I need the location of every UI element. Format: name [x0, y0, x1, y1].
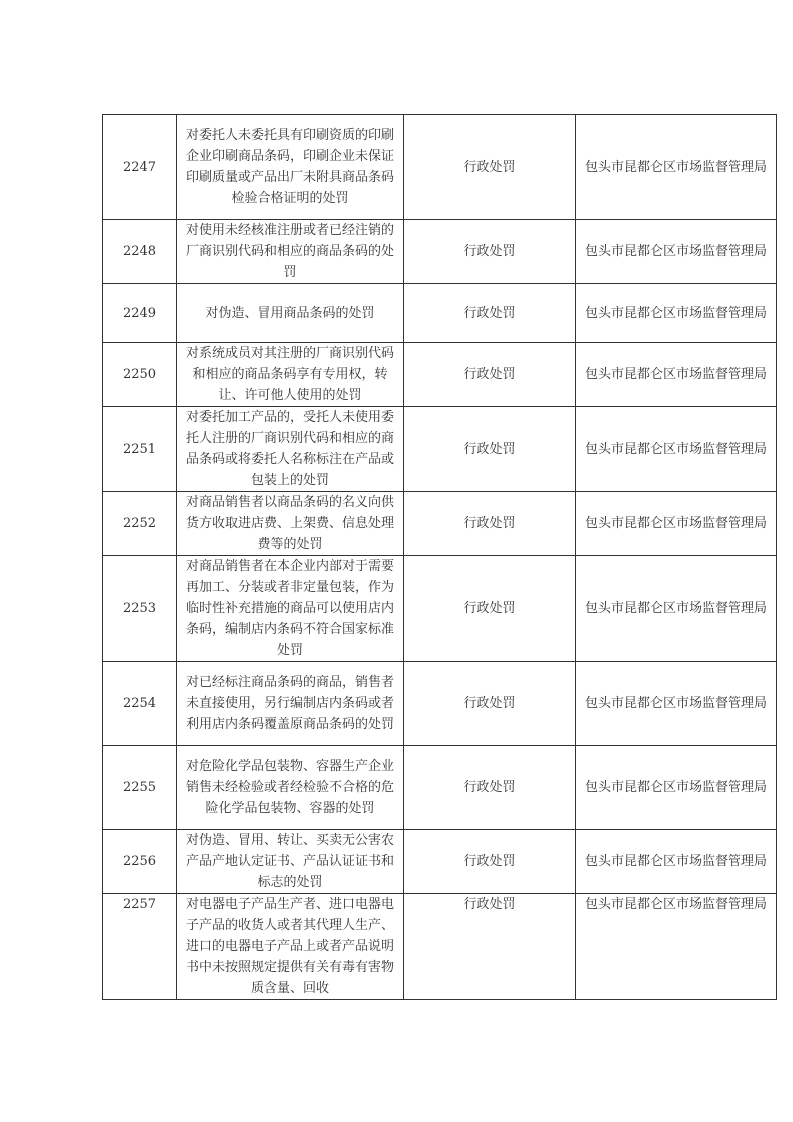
item-name-cell: 对伪造、冒用商品条码的处罚 [177, 284, 404, 343]
item-name-cell: 对伪造、冒用、转让、买卖无公害农产品产地认定证书、产品认证证书和标志的处罚 [177, 830, 404, 894]
authority-cell: 包头市昆都仑区市场监督管理局 [576, 492, 777, 556]
power-type-cell: 行政处罚 [404, 830, 576, 894]
row-number-cell: 2256 [103, 830, 177, 894]
table-row: 2253对商品销售者在本企业内部对于需要再加工、分装或者非定量包装，作为临时性补… [103, 556, 777, 662]
power-type-cell: 行政处罚 [404, 284, 576, 343]
item-name-cell: 对电器电子产品生产者、进口电器电子产品的收货人或者其代理人生产、进口的电器电子产… [177, 894, 404, 1000]
authority-cell: 包头市昆都仑区市场监督管理局 [576, 407, 777, 492]
authority-cell: 包头市昆都仑区市场监督管理局 [576, 746, 777, 830]
item-name-cell: 对委托加工产品的，受托人未使用委托人注册的厂商识别代码和相应的商品条码或将委托人… [177, 407, 404, 492]
power-type-cell: 行政处罚 [404, 662, 576, 746]
table-row: 2252对商品销售者以商品条码的名义向供货方收取进店费、上架费、信息处理费等的处… [103, 492, 777, 556]
row-number-cell: 2248 [103, 220, 177, 284]
row-number-cell: 2257 [103, 894, 177, 1000]
item-name-cell: 对委托人未委托具有印刷资质的印刷企业印刷商品条码，印刷企业未保证印刷质量或产品出… [177, 115, 404, 220]
power-type-cell: 行政处罚 [404, 746, 576, 830]
table-row: 2250对系统成员对其注册的厂商识别代码和相应的商品条码享有专用权，转让、许可他… [103, 343, 777, 407]
item-name-cell: 对已经标注商品条码的商品，销售者未直接使用，另行编制店内条码或者利用店内条码覆盖… [177, 662, 404, 746]
item-name-cell: 对危险化学品包装物、容器生产企业销售未经检验或者经检验不合格的危险化学品包装物、… [177, 746, 404, 830]
authority-cell: 包头市昆都仑区市场监督管理局 [576, 556, 777, 662]
power-type-cell: 行政处罚 [404, 220, 576, 284]
item-name-cell: 对商品销售者在本企业内部对于需要再加工、分装或者非定量包装，作为临时性补充措施的… [177, 556, 404, 662]
row-number-cell: 2250 [103, 343, 177, 407]
authority-cell: 包头市昆都仑区市场监督管理局 [576, 894, 777, 1000]
power-type-cell: 行政处罚 [404, 115, 576, 220]
power-type-cell: 行政处罚 [404, 894, 576, 1000]
authority-cell: 包头市昆都仑区市场监督管理局 [576, 343, 777, 407]
row-number-cell: 2255 [103, 746, 177, 830]
row-number-cell: 2249 [103, 284, 177, 343]
table-row: 2249对伪造、冒用商品条码的处罚行政处罚包头市昆都仑区市场监督管理局 [103, 284, 777, 343]
power-type-cell: 行政处罚 [404, 407, 576, 492]
table-body: 2247对委托人未委托具有印刷资质的印刷企业印刷商品条码，印刷企业未保证印刷质量… [103, 115, 777, 1000]
authority-cell: 包头市昆都仑区市场监督管理局 [576, 220, 777, 284]
power-type-cell: 行政处罚 [404, 492, 576, 556]
row-number-cell: 2247 [103, 115, 177, 220]
row-number-cell: 2253 [103, 556, 177, 662]
authority-cell: 包头市昆都仑区市场监督管理局 [576, 662, 777, 746]
table-row: 2251对委托加工产品的，受托人未使用委托人注册的厂商识别代码和相应的商品条码或… [103, 407, 777, 492]
table-row: 2247对委托人未委托具有印刷资质的印刷企业印刷商品条码，印刷企业未保证印刷质量… [103, 115, 777, 220]
table-row: 2256对伪造、冒用、转让、买卖无公害农产品产地认定证书、产品认证证书和标志的处… [103, 830, 777, 894]
item-name-cell: 对使用未经核准注册或者已经注销的厂商识别代码和相应的商品条码的处罚 [177, 220, 404, 284]
item-name-cell: 对系统成员对其注册的厂商识别代码和相应的商品条码享有专用权，转让、许可他人使用的… [177, 343, 404, 407]
penalty-items-table: 2247对委托人未委托具有印刷资质的印刷企业印刷商品条码，印刷企业未保证印刷质量… [102, 114, 777, 1000]
table-row: 2254对已经标注商品条码的商品，销售者未直接使用，另行编制店内条码或者利用店内… [103, 662, 777, 746]
row-number-cell: 2254 [103, 662, 177, 746]
row-number-cell: 2252 [103, 492, 177, 556]
authority-cell: 包头市昆都仑区市场监督管理局 [576, 284, 777, 343]
authority-cell: 包头市昆都仑区市场监督管理局 [576, 115, 777, 220]
power-type-cell: 行政处罚 [404, 556, 576, 662]
table-row: 2248对使用未经核准注册或者已经注销的厂商识别代码和相应的商品条码的处罚行政处… [103, 220, 777, 284]
power-type-cell: 行政处罚 [404, 343, 576, 407]
row-number-cell: 2251 [103, 407, 177, 492]
item-name-cell: 对商品销售者以商品条码的名义向供货方收取进店费、上架费、信息处理费等的处罚 [177, 492, 404, 556]
table-row: 2255对危险化学品包装物、容器生产企业销售未经检验或者经检验不合格的危险化学品… [103, 746, 777, 830]
authority-cell: 包头市昆都仑区市场监督管理局 [576, 830, 777, 894]
table-row: 2257对电器电子产品生产者、进口电器电子产品的收货人或者其代理人生产、进口的电… [103, 894, 777, 1000]
